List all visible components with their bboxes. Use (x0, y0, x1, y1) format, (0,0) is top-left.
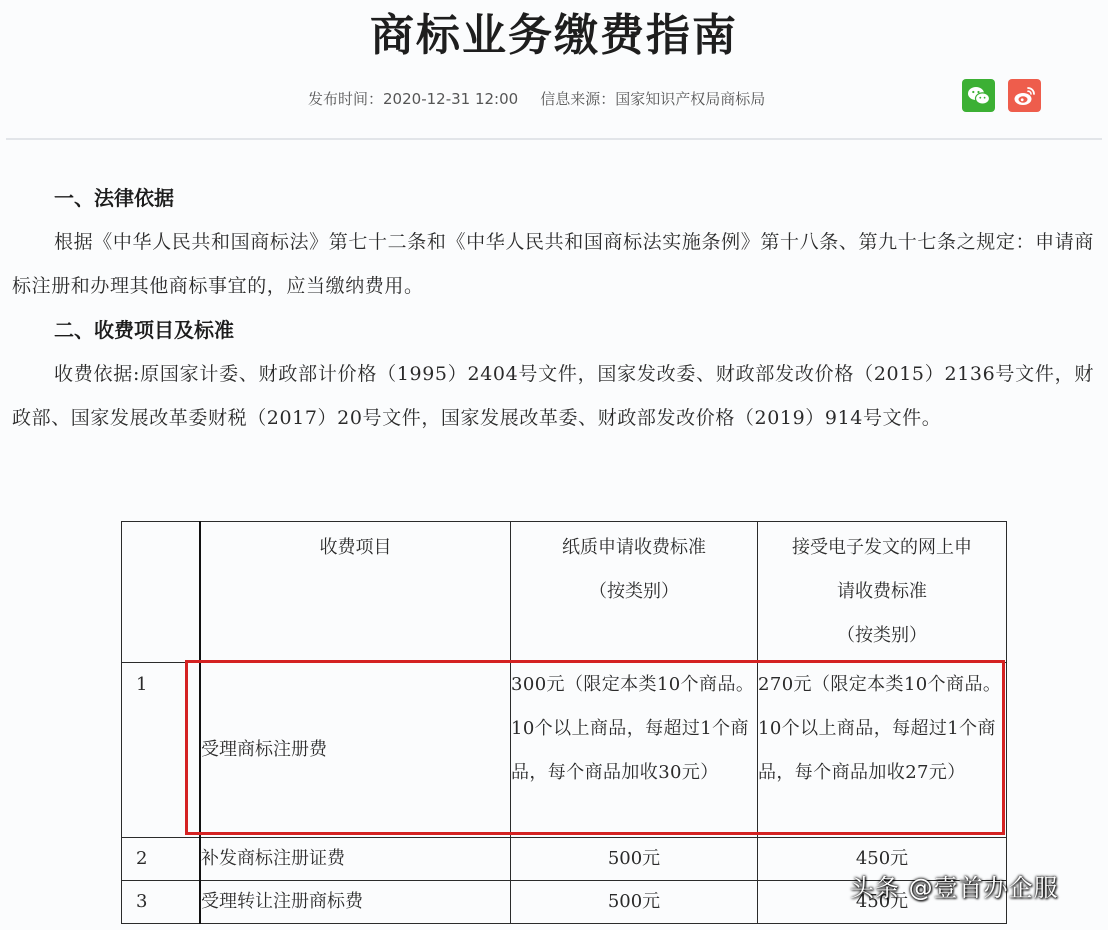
watermark: 头条 @壹首办企服 (850, 868, 1059, 903)
row-no: 2 (122, 838, 201, 881)
header-online-line1: 接受电子发文的网上申 (758, 526, 1006, 570)
share-bar (962, 79, 1041, 112)
header-paper-line1: 纸质申请收费标准 (511, 526, 757, 570)
row-no: 3 (122, 881, 201, 924)
row-item: 受理转让注册商标费 (200, 881, 511, 924)
share-weibo-button[interactable] (1008, 79, 1041, 112)
publish-time: 2020-12-31 12:00 (383, 90, 518, 108)
source: 国家知识产权局商标局 (615, 90, 765, 108)
section-paragraph-fee-basis: 收费依据:原国家计委、财政部计价格（1995）2404号文件，国家发改委、财政部… (12, 352, 1094, 440)
section-heading-legal-basis: 一、法律依据 (12, 176, 1094, 220)
row-no: 1 (122, 663, 201, 838)
row-paper-fee: 300元（限定本类10个商品。10个以上商品，每超过1个商品，每个商品加收30元… (511, 663, 758, 838)
wechat-icon (967, 85, 991, 107)
source-label: 信息来源： (540, 90, 615, 108)
share-wechat-button[interactable] (962, 79, 995, 112)
header-online-fee: 接受电子发文的网上申 请收费标准 （按类别） (758, 522, 1007, 663)
header-online-line2: 请收费标准 (758, 570, 1006, 614)
header-item: 收费项目 (200, 522, 511, 663)
section-paragraph-legal-basis: 根据《中华人民共和国商标法》第七十二条和《中华人民共和国商标法实施条例》第十八条… (12, 220, 1094, 308)
header-online-line3: （按类别） (758, 614, 1006, 658)
row-paper-fee: 500元 (511, 838, 758, 881)
header-paper-line2: （按类别） (511, 570, 757, 614)
section-heading-fee-items: 二、收费项目及标准 (12, 308, 1094, 352)
article-meta: 发布时间：2020-12-31 12:00信息来源：国家知识产权局商标局 (308, 88, 765, 110)
header-no (122, 522, 201, 663)
publish-time-label: 发布时间： (308, 90, 383, 108)
row-online-fee: 270元（限定本类10个商品。10个以上商品，每超过1个商品，每个商品加收27元… (758, 663, 1007, 838)
table-row: 1 受理商标注册费 300元（限定本类10个商品。10个以上商品，每超过1个商品… (122, 663, 1007, 838)
row-paper-fee: 500元 (511, 881, 758, 924)
table-header-row: 收费项目 纸质申请收费标准 （按类别） 接受电子发文的网上申 请收费标准 （按类… (122, 522, 1007, 663)
header-divider (6, 138, 1102, 140)
row-item: 补发商标注册证费 (200, 838, 511, 881)
page-title: 商标业务缴费指南 (0, 8, 1108, 64)
header-paper-fee: 纸质申请收费标准 （按类别） (511, 522, 758, 663)
fee-table: 收费项目 纸质申请收费标准 （按类别） 接受电子发文的网上申 请收费标准 （按类… (121, 521, 1007, 924)
row-item: 受理商标注册费 (200, 663, 511, 838)
article-body: 一、法律依据 根据《中华人民共和国商标法》第七十二条和《中华人民共和国商标法实施… (12, 176, 1094, 440)
weibo-icon (1013, 85, 1037, 107)
